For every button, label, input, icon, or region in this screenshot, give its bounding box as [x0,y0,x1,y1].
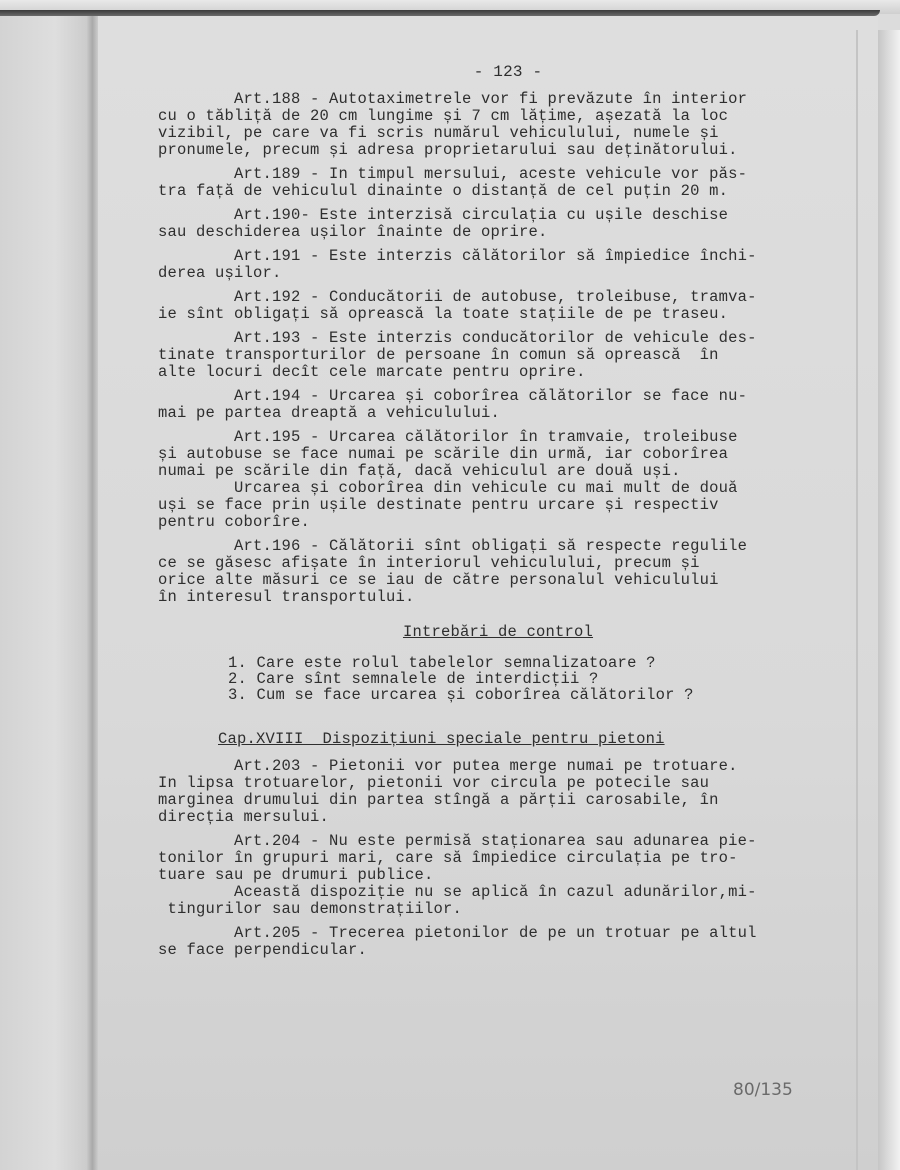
text-line: In lipsa trotuarelor, pietonii vor circu… [158,775,838,792]
control-questions-list: 1. Care este rolul tabelelor semnalizato… [228,655,838,703]
text-line: tingurilor sau demonstrațiilor. [158,901,838,918]
text-line: cu o tăbliță de 20 cm lungime și 7 cm lă… [158,108,838,125]
page-right-edge [878,30,900,1170]
text-line: Art.195 - Urcarea călătorilor în tramvai… [158,429,838,446]
text-line: vizibil, pe care va fi scris numărul veh… [158,125,838,142]
article-paragraph: Art.188 - Autotaximetrele vor fi prevăzu… [158,91,838,159]
text-line: pentru coborîre. [158,514,838,531]
text-line: tra față de vehiculul dinainte o distanț… [158,183,838,200]
text-line: uși se face prin ușile destinate pentru … [158,497,838,514]
text-line: mai pe partea dreaptă a vehiculului. [158,405,838,422]
articles-section-2: Art.203 - Pietonii vor putea merge numai… [158,758,838,959]
text-line: alte locuri decît cele marcate pentru op… [158,364,838,381]
article-paragraph: Art.192 - Conducătorii de autobuse, trol… [158,289,838,323]
text-line: Art.188 - Autotaximetrele vor fi prevăzu… [158,91,838,108]
text-line: Art.190- Este interzisă circulația cu uș… [158,207,838,224]
page-top-edge [0,10,880,16]
text-line: Art.192 - Conducătorii de autobuse, trol… [158,289,838,306]
text-line: Art.203 - Pietonii vor putea merge numai… [158,758,838,775]
text-line: numai pe scările din față, dacă vehiculu… [158,463,838,480]
text-line: Art.204 - Nu este permisă staționarea sa… [158,833,838,850]
question-item: 1. Care este rolul tabelelor semnalizato… [228,655,838,671]
article-paragraph: Art.193 - Este interzis conducătorilor d… [158,330,838,381]
text-line: Această dispoziție nu se aplică în cazul… [158,884,838,901]
scan-page-counter: 80/135 [733,1080,793,1100]
text-line: orice alte măsuri ce se iau de către per… [158,572,838,589]
article-paragraph: Art.196 - Călătorii sînt obligați să res… [158,538,838,606]
question-item: 2. Care sînt semnalele de interdicții ? [228,671,838,687]
document-text: - 123 - Art.188 - Autotaximetrele vor fi… [158,60,838,966]
text-line: direcția mersului. [158,809,838,826]
article-paragraph: Art.205 - Trecerea pietonilor de pe un t… [158,925,838,959]
text-line: tonilor în grupuri mari, care să împiedi… [158,850,838,867]
text-line: Art.191 - Este interzis călătorilor să î… [158,248,838,265]
article-paragraph: Art.203 - Pietonii vor putea merge numai… [158,758,838,826]
page-edge-line [856,30,858,1170]
text-line: Art.193 - Este interzis conducătorilor d… [158,330,838,347]
text-line: se face perpendicular. [158,942,838,959]
article-paragraph: Art.189 - In timpul mersului, aceste veh… [158,166,838,200]
left-facing-page [0,15,92,1170]
text-line: Art.189 - In timpul mersului, aceste veh… [158,166,838,183]
text-line: tuare sau pe drumuri publice. [158,867,838,884]
article-paragraph: Art.191 - Este interzis călătorilor să î… [158,248,838,282]
text-line: Urcarea și coborîrea din vehicule cu mai… [158,480,838,497]
article-paragraph: Art.204 - Nu este permisă staționarea sa… [158,833,838,918]
text-line: marginea drumului din partea stîngă a pă… [158,792,838,809]
text-line: în interesul transportului. [158,589,838,606]
text-line: și autobuse se face numai pe scările din… [158,446,838,463]
article-paragraph: Art.190- Este interzisă circulația cu uș… [158,207,838,241]
text-line: Art.205 - Trecerea pietonilor de pe un t… [158,925,838,942]
question-item: 3. Cum se face urcarea și coborîrea călă… [228,687,838,703]
text-line: ce se găsesc afișate în interiorul vehic… [158,555,838,572]
text-line: pronumele, precum și adresa proprietarul… [158,142,838,159]
article-paragraph: Art.194 - Urcarea și coborîrea călătoril… [158,388,838,422]
text-line: Art.194 - Urcarea și coborîrea călătoril… [158,388,838,405]
text-line: derea ușilor. [158,265,838,282]
chapter-heading: Cap.XVIII Dispozițiuni speciale pentru p… [218,731,838,748]
text-line: tinate transporturilor de persoane în co… [158,347,838,364]
article-paragraph: Art.195 - Urcarea călătorilor în tramvai… [158,429,838,531]
text-line: sau deschiderea ușilor înainte de oprire… [158,224,838,241]
control-questions-heading: Intrebări de control [158,624,838,641]
text-line: ie sînt obligați să oprească la toate st… [158,306,838,323]
articles-section-1: Art.188 - Autotaximetrele vor fi prevăzu… [158,91,838,606]
text-line: Art.196 - Călătorii sînt obligați să res… [158,538,838,555]
page-number: - 123 - [158,64,838,81]
